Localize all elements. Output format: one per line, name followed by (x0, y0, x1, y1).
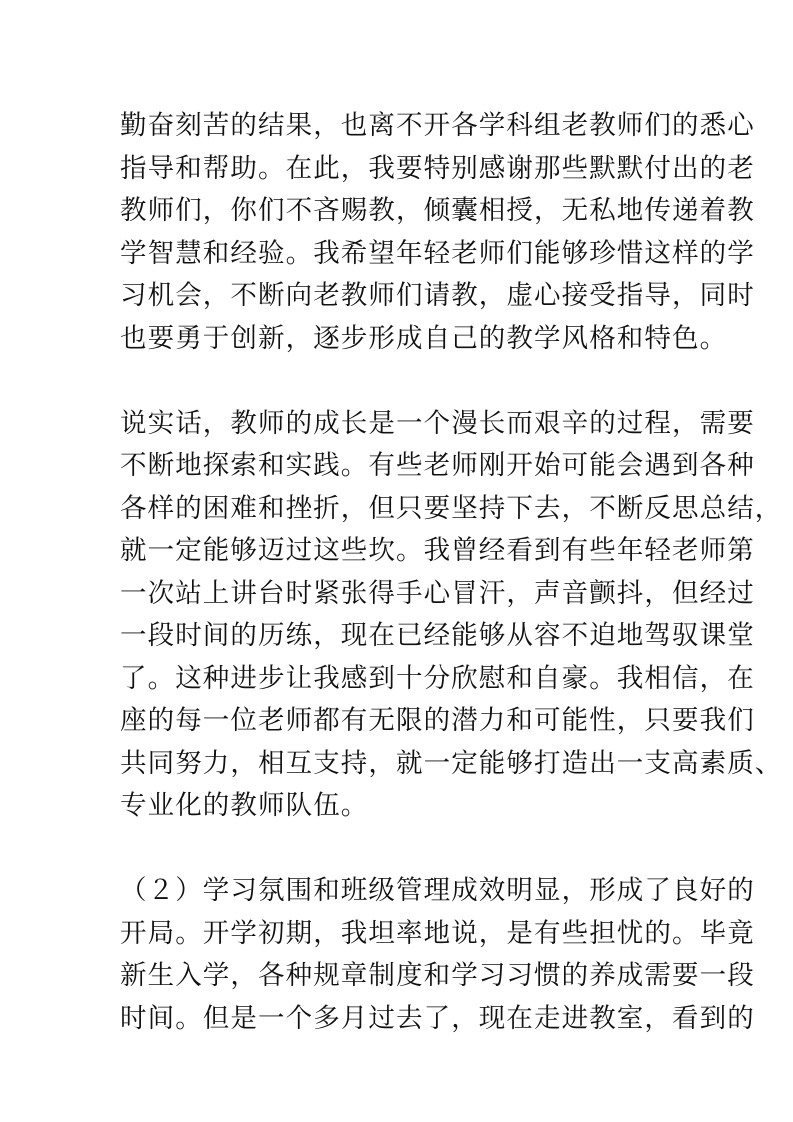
text-line: 说实话，教师的成长是一个漫长而艰辛的过程，需要 (120, 403, 720, 446)
text-line: 学智慧和经验。我希望年轻老师们能够珍惜这样的学 (120, 233, 720, 276)
text-line: 习机会，不断向老教师们请教，虚心接受指导，同时 (120, 275, 720, 318)
paragraph-1: 勤奋刻苦的结果，也离不开各学科组老教师们的悉心 指导和帮助。在此，我要特别感谢那… (120, 105, 720, 360)
text-line: 了。这种进步让我感到十分欣慰和自豪。我相信，在 (120, 658, 720, 701)
text-line: 开局。开学初期，我坦率地说，是有些担忧的。毕竟 (120, 913, 720, 956)
text-line: 一段时间的历练，现在已经能够从容不迫地驾驭课堂 (120, 615, 720, 658)
text-line: 勤奋刻苦的结果，也离不开各学科组老教师们的悉心 (120, 105, 720, 148)
text-line: 不断地探索和实践。有些老师刚开始可能会遇到各种 (120, 445, 720, 488)
text-line: （２）学习氛围和班级管理成效明显，形成了良好的 (120, 870, 720, 913)
text-line: 指导和帮助。在此，我要特别感谢那些默默付出的老 (120, 148, 720, 191)
text-line: 共同努力，相互支持，就一定能够打造出一支高素质、 (120, 743, 720, 786)
text-line: 座的每一位老师都有无限的潜力和可能性，只要我们 (120, 700, 720, 743)
text-line: 新生入学，各种规章制度和学习习惯的养成需要一段 (120, 955, 720, 998)
text-line: 教师们，你们不吝赐教，倾囊相授，无私地传递着教 (120, 190, 720, 233)
text-line: 一次站上讲台时紧张得手心冒汗，声音颤抖，但经过 (120, 573, 720, 616)
paragraph-3: （２）学习氛围和班级管理成效明显，形成了良好的 开局。开学初期，我坦率地说，是有… (120, 870, 720, 1040)
document-page: 勤奋刻苦的结果，也离不开各学科组老教师们的悉心 指导和帮助。在此，我要特别感谢那… (0, 0, 793, 1122)
text-line: 专业化的教师队伍。 (120, 785, 720, 828)
text-line: 也要勇于创新，逐步形成自己的教学风格和特色。 (120, 318, 720, 361)
text-line: 时间。但是一个多月过去了，现在走进教室，看到的 (120, 998, 720, 1041)
document-body: 勤奋刻苦的结果，也离不开各学科组老教师们的悉心 指导和帮助。在此，我要特别感谢那… (120, 105, 720, 1083)
text-line: 就一定能够迈过这些坎。我曾经看到有些年轻老师第 (120, 530, 720, 573)
paragraph-2: 说实话，教师的成长是一个漫长而艰辛的过程，需要 不断地探索和实践。有些老师刚开始… (120, 403, 720, 828)
text-line: 各样的困难和挫折，但只要坚持下去，不断反思总结， (120, 488, 720, 531)
